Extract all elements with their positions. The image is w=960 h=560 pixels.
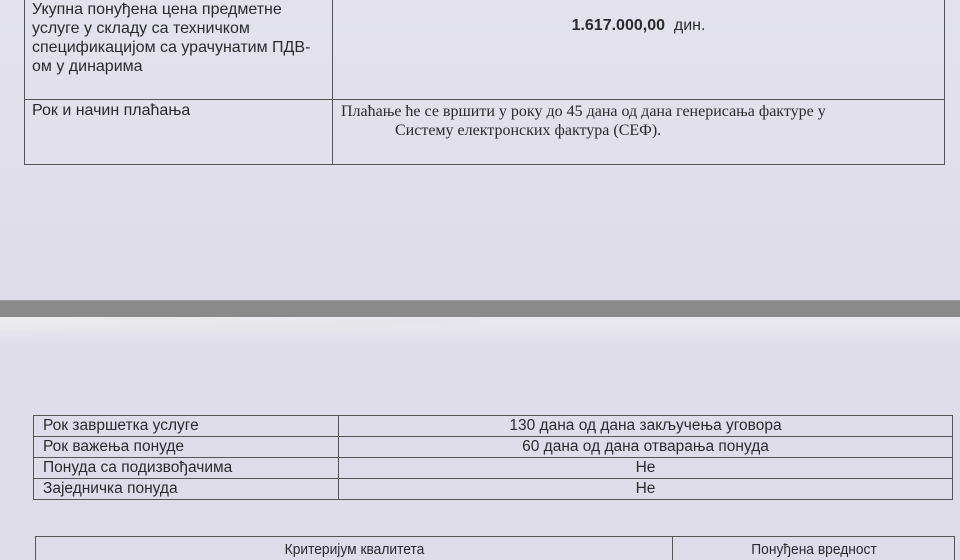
completion-deadline-label: Рок завршетка услуге [34, 416, 339, 437]
page-separator [0, 300, 960, 318]
page-curl-shadow [0, 317, 480, 331]
offer-validity-label: Рок важења понуде [34, 437, 339, 458]
subcontractors-label: Понуда са подизвођачима [34, 458, 339, 479]
table-row: Укупна понуђена цена предметне услуге у … [25, 0, 945, 100]
completion-deadline-value: 130 дана од дана закључења уговора [339, 416, 953, 437]
table-row: Понуда са подизвођачима Не [34, 458, 953, 479]
currency-label: дин. [674, 17, 706, 34]
payment-terms-label: Рок и начин плаћања [25, 100, 333, 165]
payment-terms-line-2: Систему електронских фактура (СЕФ). [341, 121, 936, 140]
joint-offer-label: Заједничка понуда [34, 479, 339, 500]
offer-validity-value: 60 дана од дана отварања понуда [339, 437, 953, 458]
subcontractors-value: Не [339, 458, 953, 479]
table-row: Рок завршетка услуге 130 дана од дана за… [34, 416, 953, 437]
quality-criteria-table: Критеријум квалитета Понуђена вредност [35, 536, 955, 560]
quality-criterion-header: Критеријум квалитета [61, 537, 647, 560]
table-header-row: Критеријум квалитета Понуђена вредност [36, 537, 955, 560]
table-row: Рок важења понуде 60 дана од дана отвара… [34, 437, 953, 458]
joint-offer-value: Не [339, 479, 953, 500]
payment-terms-line-1: Плаћање ће се вршити у року до 45 дана о… [341, 103, 826, 120]
offer-terms-table: Рок завршетка услуге 130 дана од дана за… [33, 415, 953, 500]
document-page-upper: Укупна понуђена цена предметне услуге у … [0, 0, 960, 300]
payment-terms-value: Плаћање ће се вршити у року до 45 дана о… [333, 100, 945, 165]
total-price-amount: 1.617.000,00 [572, 17, 665, 34]
offer-price-table: Укупна понуђена цена предметне услуге у … [24, 0, 945, 165]
table-row: Заједничка понуда Не [34, 479, 953, 500]
total-price-label: Укупна понуђена цена предметне услуге у … [25, 0, 333, 100]
total-price-value: 1.617.000,00 дин. [333, 0, 945, 100]
table-row: Рок и начин плаћања Плаћање ће се вршити… [25, 100, 945, 165]
offered-value-header: Понуђена вредност [684, 537, 943, 560]
